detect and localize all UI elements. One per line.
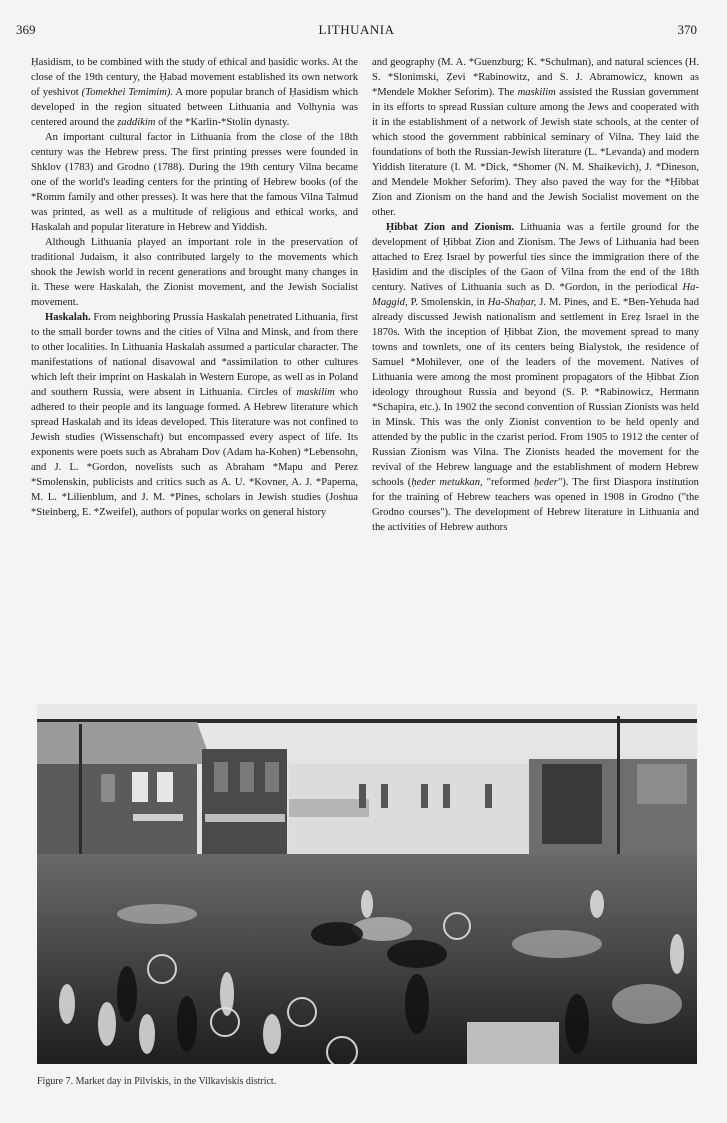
text-run: who adhered to their people and its lang… [31, 387, 358, 518]
figure-caption: Figure 7. Market day in Pilviskis, in th… [37, 1076, 276, 1087]
text-run: J. M. Pines, and E. *Ben-Yehuda had alre… [372, 297, 699, 488]
paragraph: Ḥibbat Zion and Zionism. Lithuania was a… [372, 220, 699, 535]
italic-term: maskilim [297, 387, 335, 398]
paragraph: Ḥasidism, to be combined with the study … [31, 55, 358, 130]
running-header: 369 LITHUANIA 370 [16, 22, 697, 38]
italic-term: (Tomekhei Temimim). [82, 87, 173, 98]
italic-term: ḥeder [534, 477, 558, 488]
text-run: "reformed [483, 477, 534, 488]
right-column: and geography (M. A. *Guenzburg; K. *Sch… [372, 55, 699, 535]
market-square-photo [37, 704, 697, 1064]
italic-term: Ha-Shaḥar, [488, 297, 537, 308]
italic-term: ḥeder metukkan, [411, 477, 482, 488]
paragraph: and geography (M. A. *Guenzburg; K. *Sch… [372, 55, 699, 220]
paragraph: Haskalah. From neighboring Prussia Haska… [31, 310, 358, 520]
text-run: assisted the Russian government in its e… [372, 87, 699, 218]
italic-term: ẓaddikim [117, 117, 155, 128]
italic-term: maskilim [518, 87, 556, 98]
text-run: P. Smolenskin, in [408, 297, 488, 308]
photo-illustration [37, 704, 697, 1064]
paragraph: Although Lithuania played an important r… [31, 235, 358, 310]
section-heading-hibbat-zion: Ḥibbat Zion and Zionism. [386, 222, 514, 233]
paragraph: An important cultural factor in Lithuani… [31, 130, 358, 235]
left-column: Ḥasidism, to be combined with the study … [31, 55, 358, 520]
running-title: LITHUANIA [16, 22, 697, 38]
text-run: of the *Karlin-*Stolin dynasty. [155, 117, 289, 128]
text-run: From neighboring Prussia Haskalah penetr… [31, 312, 358, 398]
page-number-right: 370 [678, 22, 698, 38]
section-heading-haskalah: Haskalah. [45, 312, 91, 323]
